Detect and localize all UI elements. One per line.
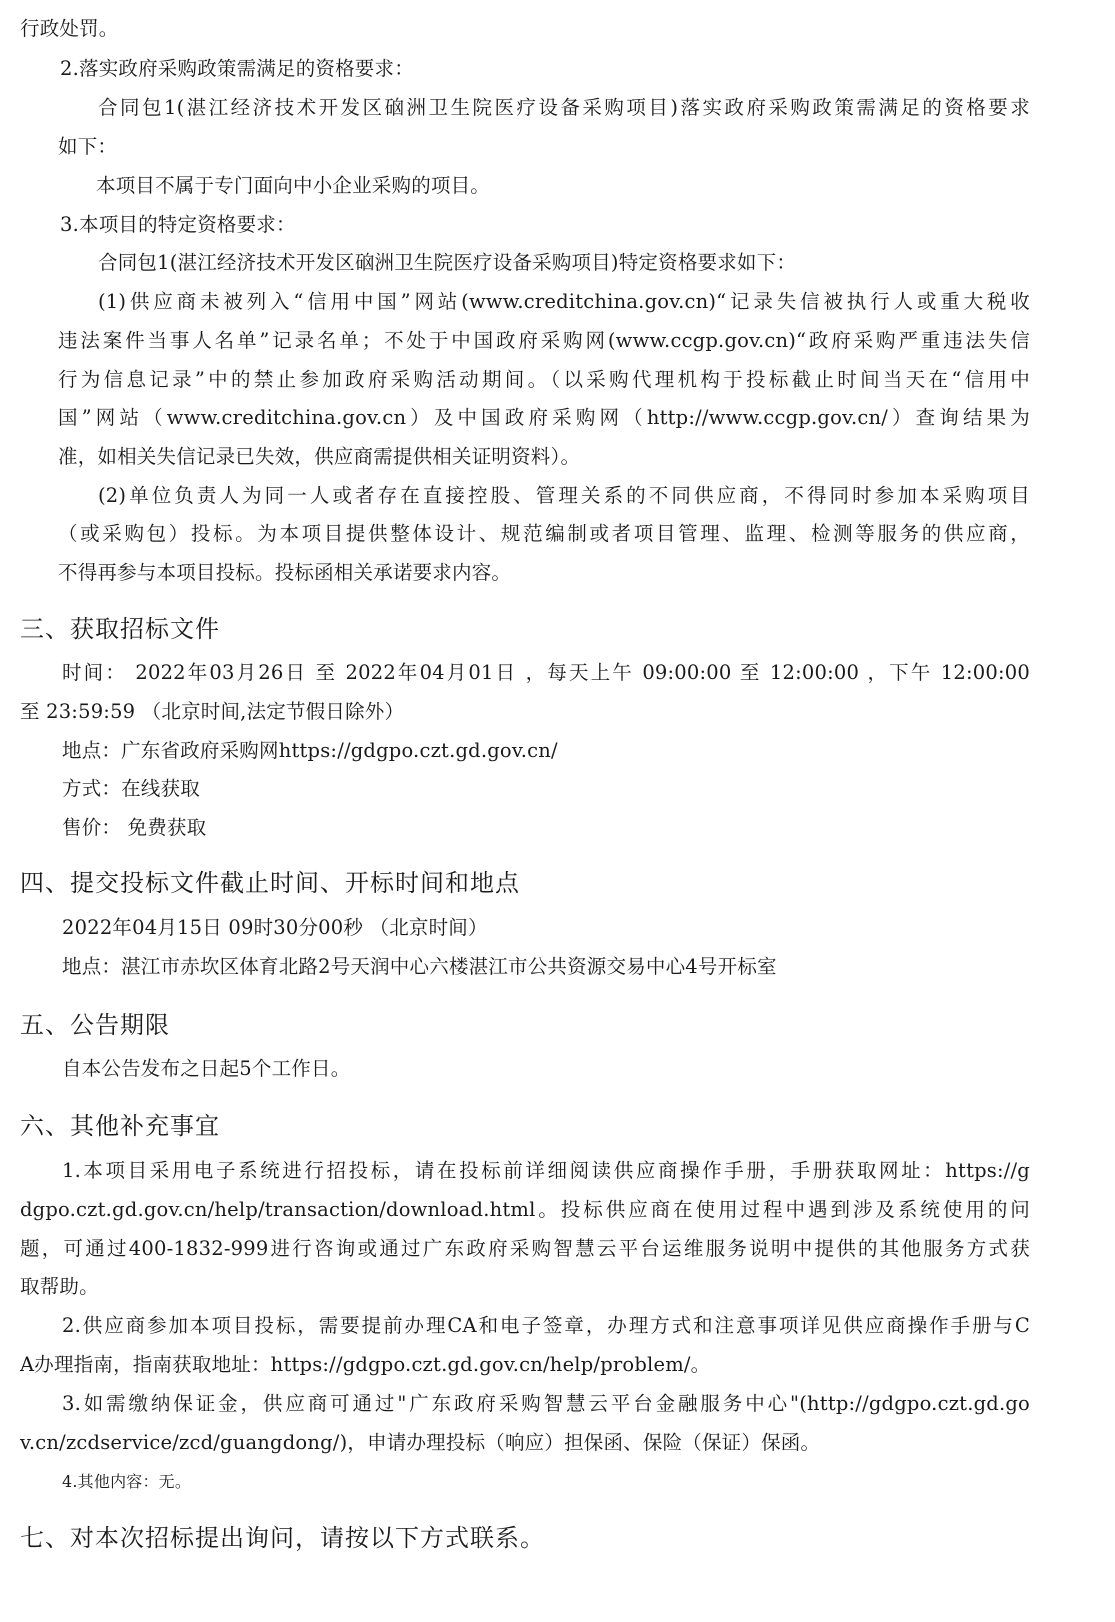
text-line: 3.本项目的特定资格要求： [60, 212, 296, 238]
supplement-item3-line2: v.cn/zcdservice/zcd/guangdong/)，申请办理投标（响… [20, 1430, 820, 1456]
supplement-item3-line1: 3.如需缴纳保证金，供应商可通过"广东政府采购智慧云平台金融服务中心"(http… [62, 1391, 1030, 1417]
text-line: (1)供应商未被列入“信用中国”网站(www.creditchina.gov.c… [98, 289, 1030, 315]
supplement-item2-line2: A办理指南，指南获取地址：https://gdgpo.czt.gd.gov.cn… [20, 1352, 710, 1378]
text-line: 本项目不属于专门面向中小企业采购的项目。 [96, 173, 490, 199]
section-heading-7: 七、对本次招标提出询问，请按以下方式联系。 [20, 1523, 545, 1553]
text-line: 准，如相关失信记录已失效，供应商需提供相关证明资料）。 [58, 444, 580, 470]
supplement-item1-line2: dgpo.czt.gd.gov.cn/help/transaction/down… [20, 1197, 1030, 1223]
text-line: 合同包1(湛江经济技术开发区硇洲卫生院医疗设备采购项目)落实政府采购政策需满足的… [98, 95, 1030, 121]
acquisition-method: 方式：在线获取 [62, 776, 200, 802]
text-line: (2)单位负责人为同一人或者存在直接控股、管理关系的不同供应商，不得同时参加本采… [98, 483, 1030, 509]
text-line: 2.落实政府采购政策需满足的资格要求： [60, 56, 414, 82]
supplement-item1-line4: 取帮助。 [20, 1274, 99, 1300]
section-heading-3: 三、获取招标文件 [20, 614, 220, 644]
section-heading-6: 六、其他补充事宜 [20, 1111, 220, 1141]
bid-deadline: 2022年04月15日 09时30分00秒 （北京时间） [62, 915, 488, 941]
acquisition-time-line1: 时间： 2022年03月26日 至 2022年04月01日 ，每天上午 09:0… [62, 660, 1030, 686]
supplement-item4: 4.其他内容：无。 [62, 1471, 191, 1493]
text-line: 不得再参与本项目投标。投标函相关承诺要求内容。 [58, 560, 511, 586]
notice-period: 自本公告发布之日起5个工作日。 [62, 1056, 350, 1082]
text-line: 行为信息记录”中的禁止参加政府采购活动期间。（以采购代理机构于投标截止时间当天在… [58, 367, 1030, 393]
section-heading-5: 五、公告期限 [20, 1010, 170, 1040]
bid-opening-location: 地点：湛江市赤坎区体育北路2号天润中心六楼湛江市公共资源交易中心4号开标室 [62, 954, 777, 980]
acquisition-price: 售价： 免费获取 [62, 815, 206, 841]
text-line: 违法案件当事人名单”记录名单；不处于中国政府采购网(www.ccgp.gov.c… [58, 328, 1030, 354]
text-line: 国”网站（www.creditchina.gov.cn）及中国政府采购网（htt… [58, 405, 1030, 431]
supplement-item1-line3: 题，可通过400-1832-999进行咨询或通过广东政府采购智慧云平台运维服务说… [20, 1236, 1030, 1262]
text-line: （或采购包）投标。为本项目提供整体设计、规范编制或者项目管理、监理、检测等服务的… [58, 521, 1030, 547]
acquisition-time-line2: 至 23:59:59 （北京时间,法定节假日除外） [20, 699, 404, 725]
text-line: 合同包1(湛江经济技术开发区硇洲卫生院医疗设备采购项目)特定资格要求如下： [98, 250, 796, 276]
text-line: 行政处罚。 [20, 16, 119, 42]
section-heading-4: 四、提交投标文件截止时间、开标时间和地点 [20, 868, 520, 898]
text-line: 如下： [58, 134, 117, 160]
acquisition-location: 地点：广东省政府采购网https://gdgpo.czt.gd.gov.cn/ [62, 738, 558, 764]
supplement-item2-line1: 2.供应商参加本项目投标，需要提前办理CA和电子签章，办理方式和注意事项详见供应… [62, 1313, 1030, 1339]
supplement-item1-line1: 1.本项目采用电子系统进行招投标，请在投标前详细阅读供应商操作手册，手册获取网址… [62, 1158, 1030, 1184]
